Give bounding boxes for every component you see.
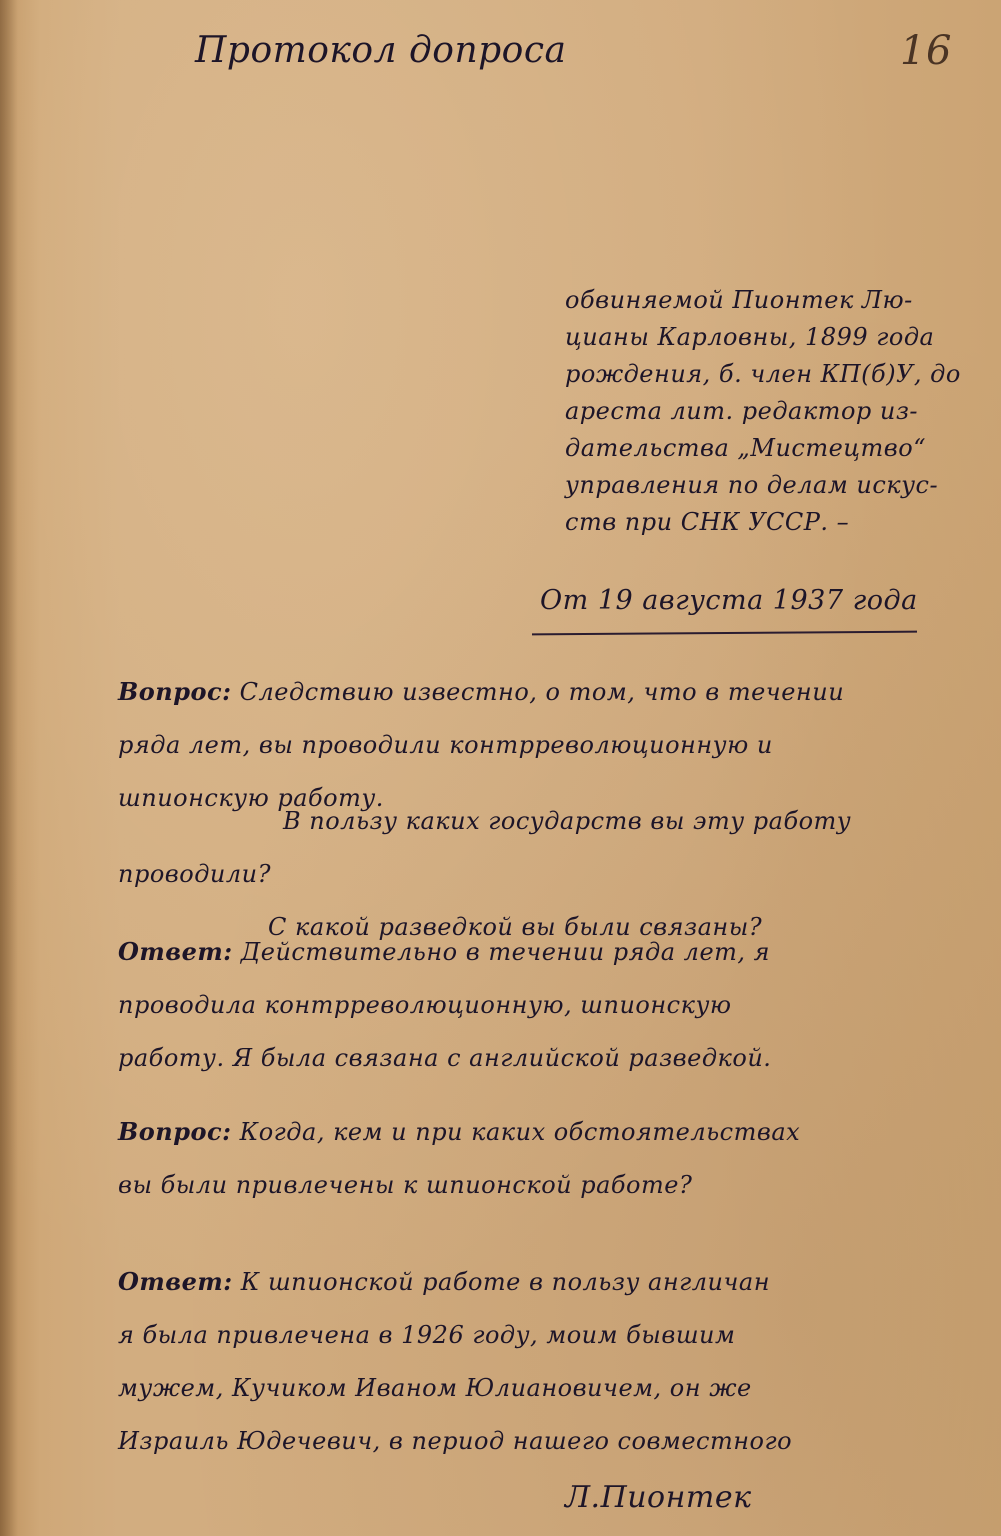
document-page: Протокол допроса 16 обвиняемой Пионтек Л… <box>0 0 1001 1536</box>
header-line: рождения, б. член КП(б)У, до <box>565 356 961 393</box>
header-line: управления по делам искус- <box>565 467 961 504</box>
header-line: ареста лит. редактор из- <box>565 393 961 430</box>
answer-text: мужем, Кучиком Иваном Юлиановичем, он же <box>118 1362 792 1415</box>
followup-text: В пользу каких государств вы эту работу <box>118 795 851 848</box>
answer-text: Израиль Юдечевич, в период нашего совмес… <box>118 1415 792 1468</box>
question-label: Вопрос: <box>118 1117 232 1146</box>
document-title: Протокол допроса <box>195 30 566 71</box>
answer-1: Ответ: Действительно в течении ряда лет,… <box>118 925 771 1085</box>
header-line: ств при СНК УССР. – <box>565 504 961 541</box>
signature: Л.Пионтек <box>565 1480 752 1515</box>
header-line: обвиняемой Пионтек Лю- <box>565 282 961 319</box>
question-label: Вопрос: <box>118 677 232 706</box>
binding-shadow <box>0 0 18 1536</box>
answer-text: К шпионской работе в пользу англичан <box>241 1268 770 1296</box>
answer-text: работу. Я была связана с английской разв… <box>118 1032 771 1085</box>
defendant-header: обвиняемой Пионтек Лю- цианы Карловны, 1… <box>565 282 961 541</box>
interrogation-date: От 19 августа 1937 года <box>540 585 918 616</box>
answer-text: Действительно в течении ряда лет, я <box>241 938 770 966</box>
answer-text: проводила контрреволюционную, шпионскую <box>118 979 771 1032</box>
date-underline <box>532 631 917 636</box>
question-text: вы были привлечены к шпионской работе? <box>118 1159 800 1212</box>
question-2: Вопрос: Когда, кем и при каких обстоятел… <box>118 1105 800 1212</box>
followup-text: проводили? <box>118 848 851 901</box>
answer-label: Ответ: <box>118 1267 233 1296</box>
header-line: цианы Карловны, 1899 года <box>565 319 961 356</box>
answer-label: Ответ: <box>118 937 233 966</box>
question-text: Следствию известно, о том, что в течении <box>240 678 845 706</box>
page-number: 16 <box>900 28 952 74</box>
question-text: ряда лет, вы проводили контрреволюционну… <box>118 719 844 772</box>
answer-text: я была привлечена в 1926 году, моим бывш… <box>118 1309 792 1362</box>
question-text: Когда, кем и при каких обстоятельствах <box>240 1118 801 1146</box>
header-line: дательства „Мистецтво“ <box>565 430 961 467</box>
answer-2: Ответ: К шпионской работе в пользу англи… <box>118 1255 792 1468</box>
